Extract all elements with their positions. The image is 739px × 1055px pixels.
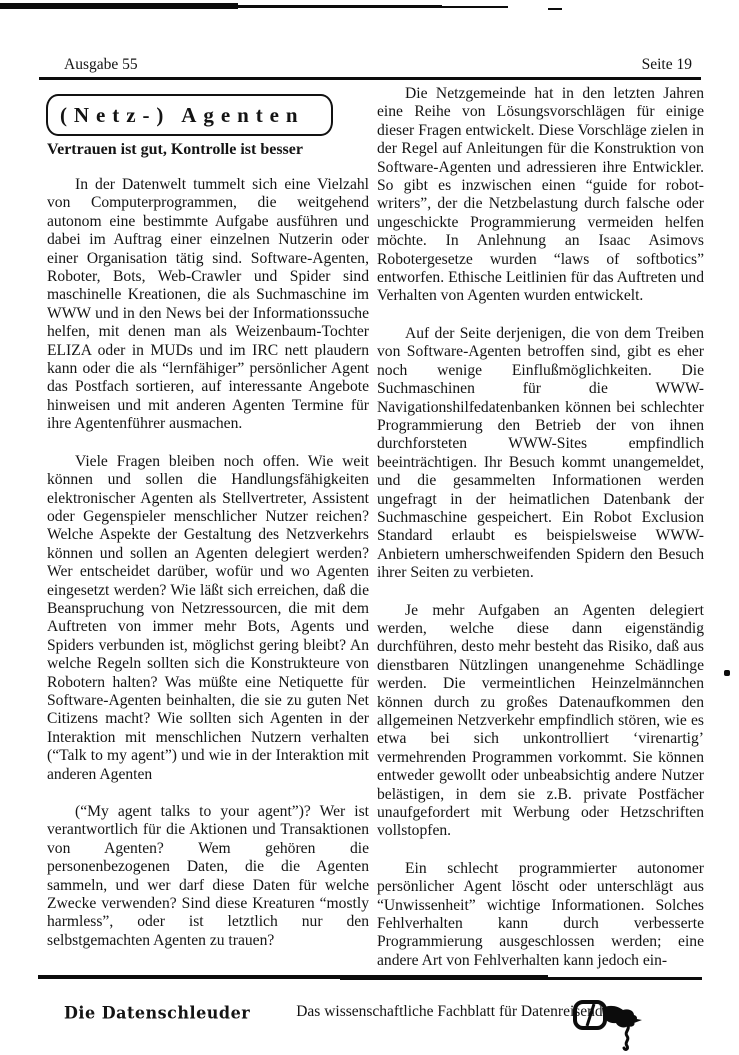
- scan-artifact-top-line: [438, 6, 508, 8]
- footer-rule: [340, 977, 702, 980]
- scan-artifact-top-line: [548, 8, 562, 10]
- publication-tagline: Das wissenschaftliche Fachblatt für Date…: [296, 1003, 609, 1021]
- column-right: Die Netzgemeinde hat in den letzten Jahr…: [377, 85, 704, 989]
- paragraph: Viele Fragen bleiben noch offen. Wie wei…: [47, 453, 369, 784]
- scan-artifact-top-line: [232, 5, 442, 8]
- paragraph: Ein schlecht programmierter autonomer pe…: [377, 860, 704, 970]
- paragraph: In der Datenwelt tummelt sich eine Vielz…: [47, 176, 369, 434]
- document-page: Ausgabe 55 Seite 19 (Netz-) Agenten Vert…: [0, 0, 739, 1055]
- page-number-label: Seite 19: [642, 56, 692, 74]
- issue-label: Ausgabe 55: [64, 56, 138, 74]
- paragraph: (“My agent talks to your agent”)? Wer is…: [47, 803, 369, 950]
- article-title-box: (Netz-) Agenten: [46, 94, 333, 136]
- article-title: (Netz-) Agenten: [48, 103, 304, 128]
- paragraph: Die Netzgemeinde hat in den letzten Jahr…: [377, 85, 704, 306]
- paragraph: Auf der Seite derjenigen, die von dem Tr…: [377, 325, 704, 583]
- column-left: In der Datenwelt tummelt sich eine Vielz…: [47, 176, 369, 969]
- scan-artifact-top-line: [0, 3, 238, 9]
- header-rule: [39, 77, 701, 80]
- paragraph: Je mehr Aufgaben an Agenten delegiert we…: [377, 602, 704, 841]
- datenschleuder-slingshot-hand-logo-icon: [572, 998, 646, 1052]
- scan-artifact-dot: [724, 670, 730, 676]
- publication-brand: Die Datenschleuder: [64, 1003, 250, 1023]
- page-header: Ausgabe 55 Seite 19: [64, 56, 692, 74]
- article-subtitle: Vertrauen ist gut, Kontrolle ist besser: [47, 141, 377, 159]
